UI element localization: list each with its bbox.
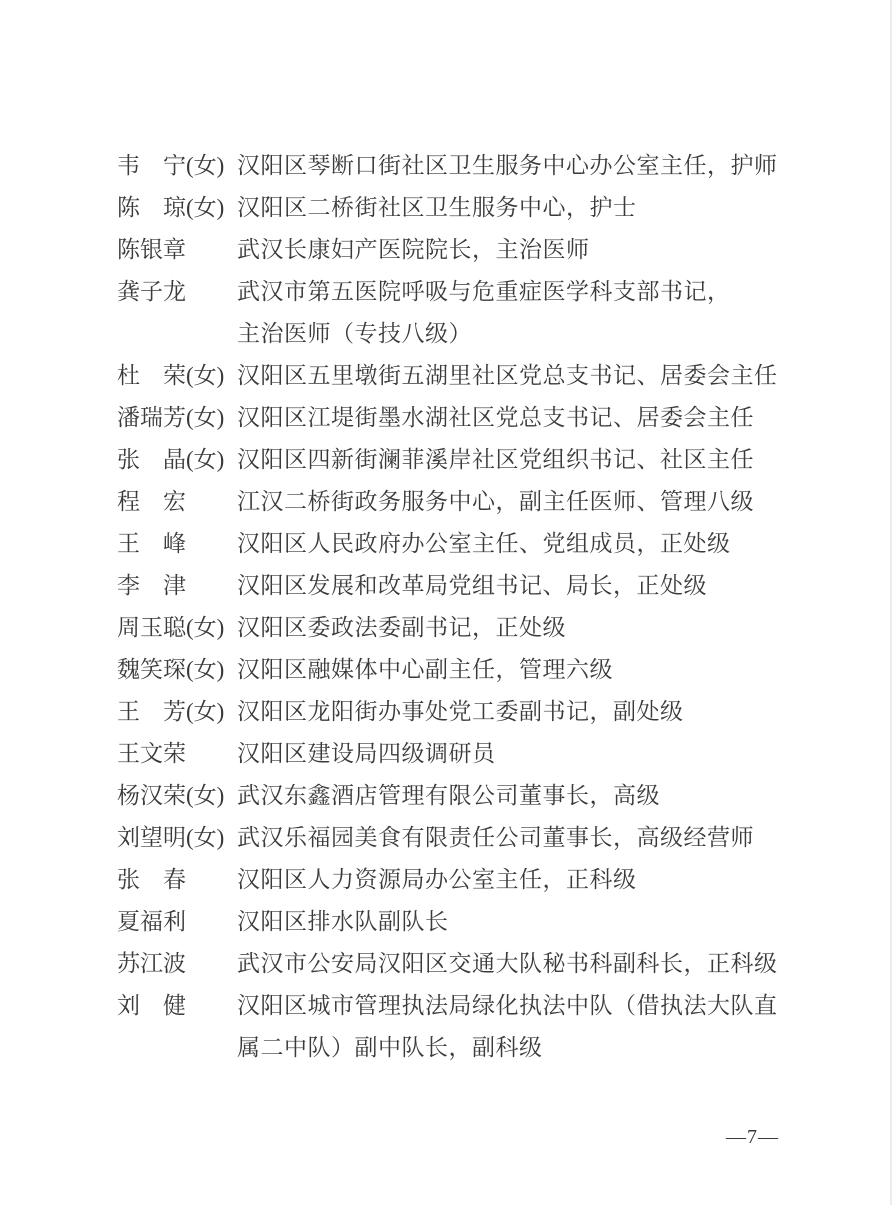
position-line: 汉阳区发展和改革局党组书记、局长，正处级 [237,565,817,607]
position-text: 汉阳区建设局四级调研员 [237,733,817,775]
person-name: 夏福利 [117,901,186,943]
gender-marker: (女) [186,187,237,229]
person-name: 龚子龙 [117,271,186,313]
position-text: 武汉市第五医院呼吸与危重症医学科支部书记，主治医师（专技八级） [237,271,817,355]
gender-marker: (女) [186,145,237,187]
list-item: 陈银章武汉长康妇产医院院长，主治医师 [117,229,817,271]
gender-marker: (女) [186,607,237,649]
position-line: 武汉长康妇产医院院长，主治医师 [237,229,817,271]
position-text: 汉阳区发展和改革局党组书记、局长，正处级 [237,565,817,607]
position-line: 武汉市第五医院呼吸与危重症医学科支部书记， [237,271,817,313]
person-name: 刘 健 [117,985,186,1027]
position-line: 汉阳区排水队副队长 [237,901,817,943]
list-item: 夏福利汉阳区排水队副队长 [117,901,817,943]
list-item: 王 峰汉阳区人民政府办公室主任、党组成员，正处级 [117,523,817,565]
person-name: 张 春 [117,859,186,901]
person-name: 李 津 [117,565,186,607]
person-name: 刘望明 [117,817,186,859]
person-name: 张 晶 [117,439,186,481]
position-text: 武汉长康妇产医院院长，主治医师 [237,229,817,271]
position-text: 武汉东鑫酒店管理有限公司董事长，高级 [237,775,817,817]
person-name: 陈银章 [117,229,186,271]
position-text: 汉阳区人力资源局办公室主任，正科级 [237,859,817,901]
position-line: 汉阳区人力资源局办公室主任，正科级 [237,859,817,901]
position-line: 汉阳区融媒体中心副主任，管理六级 [237,649,817,691]
list-item: 苏江波武汉市公安局汉阳区交通大队秘书科副科长，正科级 [117,943,817,985]
list-item: 陈 琼(女)汉阳区二桥街社区卫生服务中心，护士 [117,187,817,229]
position-text: 汉阳区四新街澜菲溪岸社区党组织书记、社区主任 [237,439,817,481]
position-text: 汉阳区融媒体中心副主任，管理六级 [237,649,817,691]
position-line: 汉阳区建设局四级调研员 [237,733,817,775]
list-item: 张 春汉阳区人力资源局办公室主任，正科级 [117,859,817,901]
gender-marker: (女) [186,439,237,481]
position-line: 汉阳区五里墩街五湖里社区党总支书记、居委会主任 [237,355,817,397]
gender-marker: (女) [186,691,237,733]
list-item: 周玉聪(女)汉阳区委政法委副书记，正处级 [117,607,817,649]
list-item: 韦 宁(女)汉阳区琴断口街社区卫生服务中心办公室主任，护师 [117,145,817,187]
position-line: 武汉乐福园美食有限责任公司董事长，高级经营师 [237,817,817,859]
person-name: 韦 宁 [117,145,186,187]
position-line: 汉阳区人民政府办公室主任、党组成员，正处级 [237,523,817,565]
position-text: 汉阳区人民政府办公室主任、党组成员，正处级 [237,523,817,565]
position-line: 汉阳区四新街澜菲溪岸社区党组织书记、社区主任 [237,439,817,481]
position-line: 武汉市公安局汉阳区交通大队秘书科副科长，正科级 [237,943,817,985]
list-item: 魏笑琛(女)汉阳区融媒体中心副主任，管理六级 [117,649,817,691]
person-name: 陈 琼 [117,187,186,229]
list-item: 王文荣汉阳区建设局四级调研员 [117,733,817,775]
position-line: 汉阳区委政法委副书记，正处级 [237,607,817,649]
position-text: 汉阳区排水队副队长 [237,901,817,943]
list-item: 杜 荣(女)汉阳区五里墩街五湖里社区党总支书记、居委会主任 [117,355,817,397]
position-text: 汉阳区二桥街社区卫生服务中心，护士 [237,187,817,229]
list-item: 王 芳(女)汉阳区龙阳街办事处党工委副书记，副处级 [117,691,817,733]
person-name: 潘瑞芳 [117,397,186,439]
person-name: 程 宏 [117,481,186,523]
list-item: 杨汉荣(女)武汉东鑫酒店管理有限公司董事长，高级 [117,775,817,817]
position-line: 汉阳区城市管理执法局绿化执法中队（借执法大队直 [237,985,817,1027]
position-line: 武汉东鑫酒店管理有限公司董事长，高级 [237,775,817,817]
list-item: 刘望明(女)武汉乐福园美食有限责任公司董事长，高级经营师 [117,817,817,859]
position-text: 汉阳区委政法委副书记，正处级 [237,607,817,649]
position-line: 属二中队）副中队长，副科级 [237,1027,817,1069]
position-text: 汉阳区江堤街墨水湖社区党总支书记、居委会主任 [237,397,817,439]
document-page: 韦 宁(女)汉阳区琴断口街社区卫生服务中心办公室主任，护师陈 琼(女)汉阳区二桥… [0,0,895,1205]
position-line: 汉阳区江堤街墨水湖社区党总支书记、居委会主任 [237,397,817,439]
person-name: 杜 荣 [117,355,186,397]
person-name: 周玉聪 [117,607,186,649]
person-name: 杨汉荣 [117,775,186,817]
gender-marker: (女) [186,355,237,397]
gender-marker: (女) [186,649,237,691]
position-text: 汉阳区五里墩街五湖里社区党总支书记、居委会主任 [237,355,817,397]
gender-marker: (女) [186,817,237,859]
list-item: 程 宏江汉二桥街政务服务中心，副主任医师、管理八级 [117,481,817,523]
gender-marker: (女) [186,397,237,439]
position-text: 武汉市公安局汉阳区交通大队秘书科副科长，正科级 [237,943,817,985]
position-line: 汉阳区琴断口街社区卫生服务中心办公室主任，护师 [237,145,817,187]
list-item: 龚子龙武汉市第五医院呼吸与危重症医学科支部书记，主治医师（专技八级） [117,271,817,355]
person-name: 魏笑琛 [117,649,186,691]
gender-marker: (女) [186,775,237,817]
position-line: 江汉二桥街政务服务中心，副主任医师、管理八级 [237,481,817,523]
position-line: 汉阳区龙阳街办事处党工委副书记，副处级 [237,691,817,733]
list-item: 张 晶(女)汉阳区四新街澜菲溪岸社区党组织书记、社区主任 [117,439,817,481]
position-text: 武汉乐福园美食有限责任公司董事长，高级经营师 [237,817,817,859]
person-name: 王 峰 [117,523,186,565]
person-name: 王 芳 [117,691,186,733]
honoree-roster: 韦 宁(女)汉阳区琴断口街社区卫生服务中心办公室主任，护师陈 琼(女)汉阳区二桥… [117,145,817,1069]
person-name: 苏江波 [117,943,186,985]
position-text: 汉阳区琴断口街社区卫生服务中心办公室主任，护师 [237,145,817,187]
person-name: 王文荣 [117,733,186,775]
position-text: 江汉二桥街政务服务中心，副主任医师、管理八级 [237,481,817,523]
list-item: 刘 健汉阳区城市管理执法局绿化执法中队（借执法大队直属二中队）副中队长，副科级 [117,985,817,1069]
scan-edge-line [890,0,892,1205]
position-text: 汉阳区龙阳街办事处党工委副书记，副处级 [237,691,817,733]
position-line: 汉阳区二桥街社区卫生服务中心，护士 [237,187,817,229]
list-item: 李 津汉阳区发展和改革局党组书记、局长，正处级 [117,565,817,607]
position-text: 汉阳区城市管理执法局绿化执法中队（借执法大队直属二中队）副中队长，副科级 [237,985,817,1069]
list-item: 潘瑞芳(女)汉阳区江堤街墨水湖社区党总支书记、居委会主任 [117,397,817,439]
page-number: —7— [726,1126,779,1149]
position-line: 主治医师（专技八级） [237,313,817,355]
